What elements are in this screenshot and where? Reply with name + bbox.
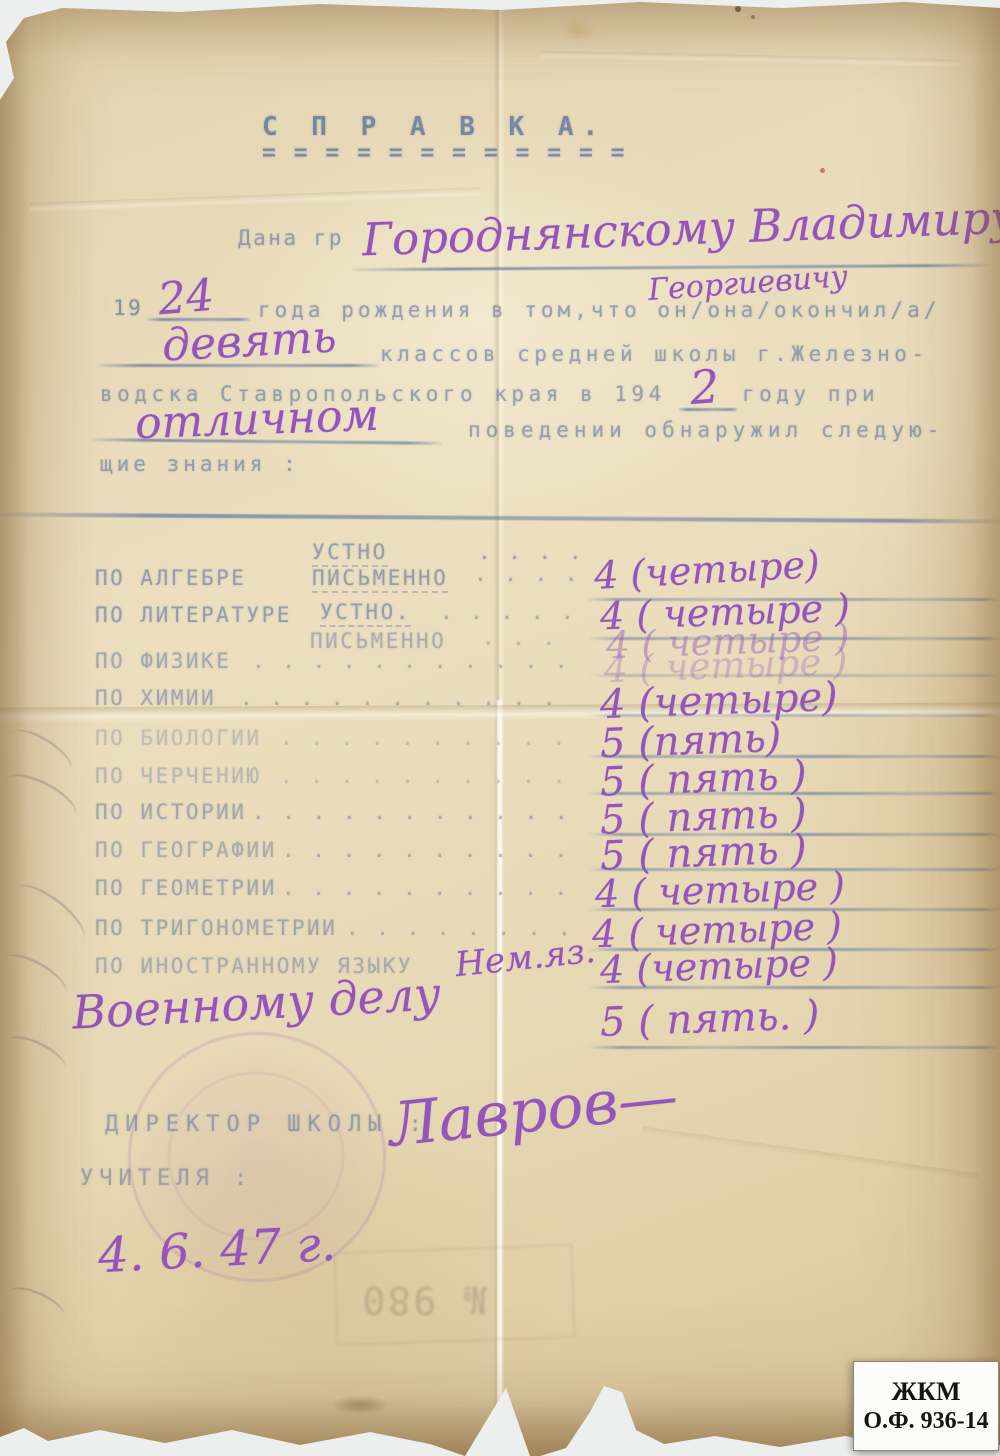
grade-handwritten: 4 (четыре ): [599, 940, 838, 992]
stain: [560, 18, 596, 44]
grade-underline: [588, 714, 1000, 717]
typed-year-prefix: 19: [113, 296, 143, 320]
wrinkle: [540, 51, 960, 68]
museum-label: ЖКМ О.Ф. 936-14: [853, 1361, 999, 1451]
museum-label-number: О.Ф. 936-14: [863, 1409, 988, 1433]
subject-label: ПО ГЕОМЕТРИИ: [95, 876, 277, 900]
dots-leader: . . .: [482, 626, 558, 650]
typed-birth-line: года рождения в том,что он/она/окончил/а…: [258, 298, 940, 322]
dots-leader: . . . . .: [440, 600, 576, 624]
stain: [735, 6, 741, 12]
subject-label: ПО ХИМИИ: [95, 686, 216, 710]
student-name-handwritten: Городнянскому Владимиру: [361, 191, 1000, 267]
typed-classes-line: классов средней школы г.Железно-: [380, 342, 929, 366]
dots-leader: . . . .: [478, 540, 584, 564]
director-label: ДИРЕКТОР ШКОЛЫ :: [105, 1112, 429, 1137]
ghost-stamp-number: № 980: [360, 1278, 487, 1322]
subject-label: ПО БИОЛОГИИ: [95, 726, 262, 750]
dots-leader: . . . . . . . . . .: [280, 726, 568, 750]
pencil-scribble: [4, 1281, 69, 1327]
pencil-scribble: [4, 722, 78, 783]
subject-label: ПО ТРИГОНОМЕТРИИ: [95, 916, 337, 940]
classes-underline: [98, 364, 380, 367]
dots-leader: . . . . . . . . . . .: [240, 686, 558, 710]
name-underline: [352, 264, 990, 271]
stain: [330, 1395, 390, 1415]
wrinkle: [30, 187, 480, 213]
typed-conduct-line: поведении обнаружил следую-: [468, 418, 944, 442]
mode-label: УСТНО: [312, 540, 388, 567]
pencil-scribble: [7, 876, 93, 953]
stain: [820, 168, 825, 173]
grade-underline: [588, 986, 1000, 989]
num-classes-handwritten: девять: [161, 311, 338, 371]
wrinkle: [641, 1126, 979, 1183]
museum-label-abbr: ЖКМ: [891, 1379, 960, 1405]
certificate-title: С П Р А В К А.: [262, 112, 607, 142]
dots-leader: . . . . . . . . . . .: [252, 649, 570, 673]
subject-label: ПО АЛГЕБРЕ: [95, 566, 246, 590]
date-handwritten: 4. 6. 47 г.: [97, 1216, 338, 1284]
grade-underline: [588, 1046, 1000, 1049]
dots-leader: . . . . . . . . . . .: [252, 800, 570, 824]
grade-handwritten: 5 ( пять. ): [599, 992, 820, 1046]
subject-label: ПО ЛИТЕРАТУРЕ: [95, 603, 292, 627]
round-stamp-inner: [168, 1072, 344, 1240]
pencil-scribble: [2, 1029, 71, 1080]
title-underline: = = = = = = = = = = = =: [262, 140, 627, 166]
pencil-scribble: [0, 946, 72, 1005]
subject-label: ПО ИСТОРИИ: [95, 800, 246, 824]
birth-year-handwritten: 24: [156, 270, 216, 326]
typed-dana: Дана гр: [238, 226, 344, 250]
mode-label: УСТНО.: [320, 600, 411, 627]
typed-grad-rest: году при: [742, 382, 879, 406]
subject-label: ПО ГЕОГРАФИИ: [95, 838, 277, 862]
dots-leader: . . . .: [474, 562, 580, 586]
dots-leader: . . . . . . . . . .: [282, 876, 570, 900]
grad-year-handwritten: 2: [688, 359, 721, 415]
pencil-scribble: [0, 766, 83, 831]
stain: [751, 15, 755, 19]
teachers-label: УЧИТЕЛЯ :: [80, 1166, 253, 1191]
scanned-certificate: С П Р А В К А. = = = = = = = = = = = = Д…: [0, 0, 1000, 1456]
table-top-rule: [0, 513, 1000, 524]
subject-label: ПО ФИЗИКЕ: [95, 649, 231, 673]
grad-year-underline: [678, 408, 738, 411]
dots-leader: . . . . . . . . . .: [280, 764, 568, 788]
typed-conduct-line2: щие знания :: [100, 452, 300, 476]
subject-label: ПО ЧЕРЧЕНИЮ: [95, 764, 262, 788]
paper: С П Р А В К А. = = = = = = = = = = = = Д…: [0, 0, 1000, 1456]
mode-label: ПИСЬМЕННО: [312, 566, 448, 593]
dots-leader: . . . . . . . . . .: [282, 838, 570, 862]
director-signature: Лавров—: [385, 1061, 681, 1161]
